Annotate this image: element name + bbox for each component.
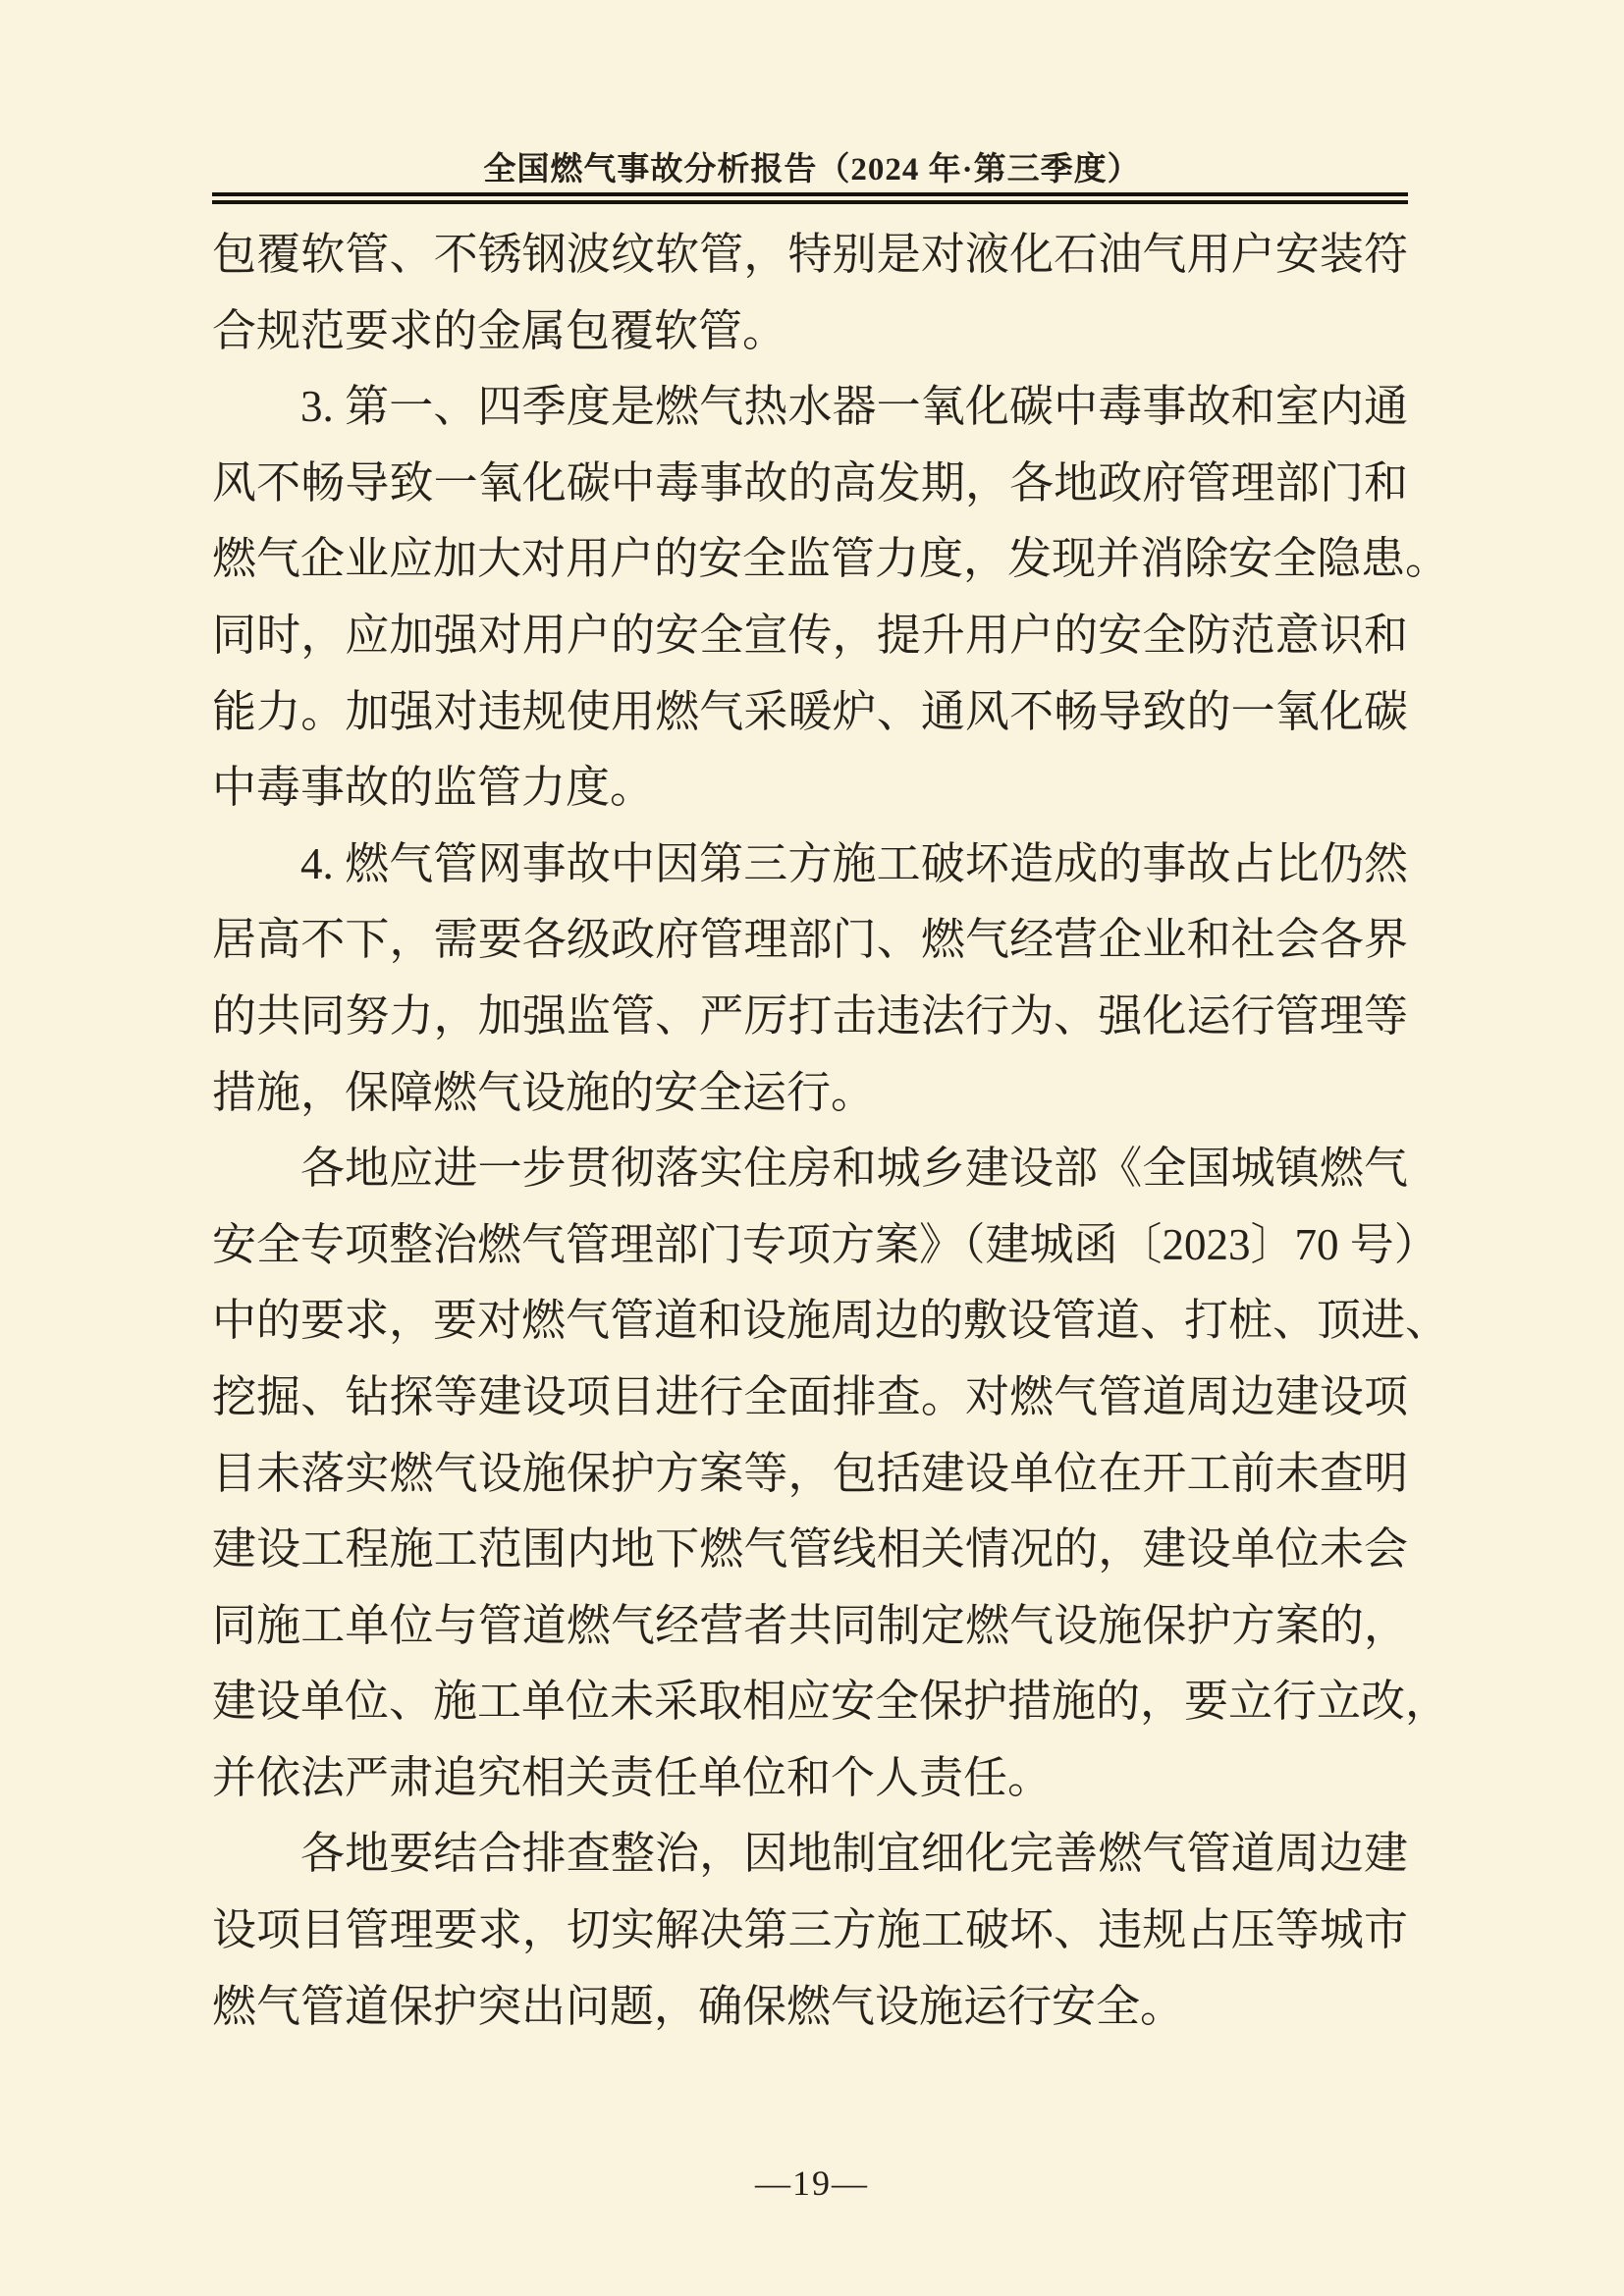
body-text-line: 措施，保障燃气设施的安全运行。	[212, 1055, 1408, 1132]
page-header: 全国燃气事故分析报告（2024 年·第三季度）	[0, 143, 1624, 189]
document-page: 全国燃气事故分析报告（2024 年·第三季度） 包覆软管、不锈钢波纹软管，特别是…	[0, 0, 1624, 2296]
body-text-line: 各地应进一步贯彻落实住房和城乡建设部《全国城镇燃气	[212, 1131, 1408, 1207]
body-text-line: 合规范要求的金属包覆软管。	[212, 294, 1408, 370]
body-text-line: 建设工程施工范围内地下燃气管线相关情况的，建设单位未会	[212, 1512, 1408, 1588]
body-text-line: 燃气企业应加大对用户的安全监管力度，发现并消除安全隐患。	[212, 521, 1408, 598]
body-text-line: 同时，应加强对用户的安全宣传，提升用户的安全防范意识和	[212, 598, 1408, 674]
header-title: 全国燃气事故分析报告（2024 年·第三季度）	[483, 152, 1140, 187]
body-text-line: 目未落实燃气设施保护方案等，包括建设单位在开工前未查明	[212, 1436, 1408, 1513]
body-text-line: 安全专项整治燃气管理部门专项方案》（建城函〔2023〕70 号）	[212, 1207, 1408, 1284]
body-text-line: 风不畅导致一氧化碳中毒事故的高发期，各地政府管理部门和	[212, 446, 1408, 522]
body-text-line: 各地要结合排查整治，因地制宜细化完善燃气管道周边建	[212, 1816, 1408, 1893]
body-text-line: 能力。加强对违规使用燃气采暖炉、通风不畅导致的一氧化碳	[212, 674, 1408, 751]
body-text-line: 挖掘、钻探等建设项目进行全面排查。对燃气管道周边建设项	[212, 1360, 1408, 1436]
body-text-line: 中毒事故的监管力度。	[212, 750, 1408, 827]
body-text-line: 的共同努力，加强监管、严厉打击违法行为、强化运行管理等	[212, 979, 1408, 1055]
body-text-line: 包覆软管、不锈钢波纹软管，特别是对液化石油气用户安装符	[212, 217, 1408, 294]
body-text-line: 建设单位、施工单位未采取相应安全保护措施的，要立行立改，	[212, 1664, 1408, 1740]
header-double-rule	[212, 192, 1408, 204]
body-text-line: 中的要求，要对燃气管道和设施周边的敷设管道、打桩、顶进、	[212, 1283, 1408, 1360]
body-text-line: 设项目管理要求，切实解决第三方施工破坏、违规占压等城市	[212, 1893, 1408, 1969]
body-text-line: 并依法严肃追究相关责任单位和个人责任。	[212, 1740, 1408, 1817]
body-text-line: 燃气管道保护突出问题，确保燃气设施运行安全。	[212, 1969, 1408, 2046]
body-text-line: 居高不下，需要各级政府管理部门、燃气经营企业和社会各界	[212, 902, 1408, 979]
page-number: —19—	[755, 2163, 869, 2203]
body-text-line: 同施工单位与管道燃气经营者共同制定燃气设施保护方案的，	[212, 1588, 1408, 1665]
body-text-line: 4. 燃气管网事故中因第三方施工破坏造成的事故占比仍然	[212, 827, 1408, 903]
document-body: 包覆软管、不锈钢波纹软管，特别是对液化石油气用户安装符合规范要求的金属包覆软管。…	[212, 217, 1408, 2045]
page-footer: —19—	[0, 2163, 1624, 2204]
body-text-line: 3. 第一、四季度是燃气热水器一氧化碳中毒事故和室内通	[212, 369, 1408, 446]
